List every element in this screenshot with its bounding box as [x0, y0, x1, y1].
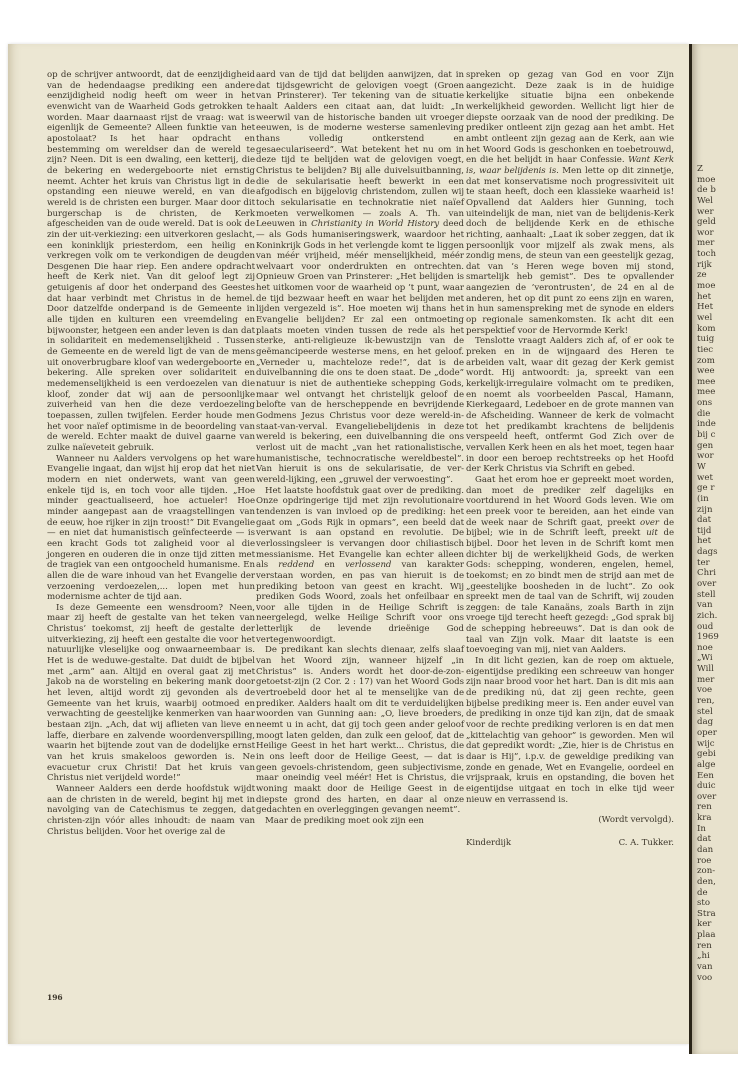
signature-line: KinderdijkC. A. Tukker. — [466, 838, 674, 849]
text-fragment: de — [697, 888, 738, 899]
text-fragment: sto — [697, 898, 738, 909]
paragraph: Is deze Gemeente een wensdroom? Neen, ma… — [47, 603, 255, 784]
text-fragment: zich. — [697, 611, 738, 622]
text-fragment: wijc — [697, 739, 738, 750]
text-fragment: voo — [697, 973, 738, 984]
text-fragment: over — [697, 579, 738, 590]
text-fragment: ze — [697, 270, 738, 281]
text-fragment: voe — [697, 685, 738, 696]
text-fragment: zon- — [697, 866, 738, 877]
text-fragment: het — [697, 536, 738, 547]
text-fragment: mee — [697, 387, 738, 398]
text-fragment: oper — [697, 728, 738, 739]
paragraph: Gaat het erom hoe er gepreekt moet worde… — [466, 475, 674, 656]
paragraph: Wanneer Aalders een derde hoofdstuk wijd… — [47, 784, 255, 837]
article-column-2: aard van de tijd dat belijden aanwijzen,… — [256, 70, 464, 827]
article-column-1: op de schrijver antwoordt, dat de eenzij… — [47, 70, 255, 837]
text-fragment: dat — [697, 515, 738, 526]
text-fragment: (in — [697, 494, 738, 505]
text-fragment: dags — [697, 547, 738, 558]
paragraph: Wanneer nu Aalders vervolgens op het war… — [47, 454, 255, 603]
text-fragment: oud — [697, 622, 738, 633]
to-be-continued-note: (Wordt vervolgd). — [466, 815, 674, 826]
text-fragment: zom — [697, 356, 738, 367]
place-name: Kinderdijk — [466, 838, 511, 849]
paragraph: Tenslotte vraagt Aalders zich af, of er … — [466, 336, 674, 475]
text-fragment: roe — [697, 856, 738, 867]
text-fragment: wer — [697, 207, 738, 218]
paragraph: De predikant kan slechts dienaar, zelfs … — [256, 645, 464, 816]
text-fragment: bij c — [697, 430, 738, 441]
page-number: 196 — [47, 993, 63, 1002]
text-fragment: dan — [697, 845, 738, 856]
paragraph: Maar de prediking moet ook zijn een — [256, 816, 464, 827]
text-fragment: gen — [697, 441, 738, 452]
text-fragment: gebi — [697, 749, 738, 760]
text-fragment: wet — [697, 473, 738, 484]
text-fragment: ter — [697, 558, 738, 569]
text-fragment: wor — [697, 228, 738, 239]
text-fragment: noe — [697, 643, 738, 654]
text-fragment: stel — [697, 707, 738, 718]
text-fragment: dat — [697, 834, 738, 845]
text-fragment: ker — [697, 919, 738, 930]
text-fragment: tijd — [697, 526, 738, 537]
text-fragment: toch — [697, 249, 738, 260]
text-fragment: den, — [697, 877, 738, 888]
text-fragment: zijn — [697, 505, 738, 516]
text-fragment: inde — [697, 419, 738, 430]
paragraph: op de schrijver antwoordt, dat de eenzij… — [47, 70, 255, 454]
text-fragment: duic — [697, 781, 738, 792]
text-fragment: tuig — [697, 334, 738, 345]
text-fragment: ge r — [697, 483, 738, 494]
text-fragment: rijk — [697, 260, 738, 271]
text-fragment: W — [697, 462, 738, 473]
text-fragment: ren — [697, 802, 738, 813]
paragraph: aard van de tijd dat belijden aanwijzen,… — [256, 70, 464, 486]
text-fragment: Wel — [697, 196, 738, 207]
text-fragment: van — [697, 962, 738, 973]
text-fragment: kra — [697, 813, 738, 824]
article-column-3: spreken op gezag van God en voor Zijn aa… — [466, 70, 674, 849]
paragraph: spreken op gezag van God en voor Zijn aa… — [466, 70, 674, 336]
paragraph: In dit licht gezien, kan de roep om aktu… — [466, 656, 674, 805]
text-fragment: ren — [697, 941, 738, 952]
text-fragment: Chri — [697, 568, 738, 579]
text-fragment: stell — [697, 590, 738, 601]
text-fragment: 1969 — [697, 632, 738, 643]
text-fragment: wor — [697, 451, 738, 462]
text-fragment: „Wi — [697, 653, 738, 664]
text-fragment: Z — [697, 164, 738, 175]
text-fragment: over — [697, 792, 738, 803]
text-fragment: Will — [697, 664, 738, 675]
text-fragment: moe — [697, 281, 738, 292]
text-fragment: kom — [697, 324, 738, 335]
text-fragment: Het — [697, 302, 738, 313]
text-fragment: Een — [697, 771, 738, 782]
paragraph: Het laatste hoofdstuk gaat over de predi… — [256, 486, 464, 646]
text-fragment: de b — [697, 185, 738, 196]
text-fragment: die — [697, 409, 738, 420]
author-name: C. A. Tukker. — [619, 838, 674, 849]
facing-page-text-fragments: Zmoede bWelwergeldwormertochrijkzemoehet… — [697, 164, 738, 983]
text-fragment: plaa — [697, 930, 738, 941]
text-fragment: mer — [697, 238, 738, 249]
text-fragment: wee — [697, 366, 738, 377]
text-fragment: het — [697, 292, 738, 303]
text-fragment: moe — [697, 175, 738, 186]
text-fragment: van — [697, 600, 738, 611]
text-fragment: „hi — [697, 951, 738, 962]
text-fragment: In — [697, 824, 738, 835]
text-fragment: alge — [697, 760, 738, 771]
text-fragment: Stra — [697, 909, 738, 920]
text-fragment: wel — [697, 313, 738, 324]
text-fragment: ren, — [697, 696, 738, 707]
text-fragment: dag — [697, 717, 738, 728]
text-fragment: mer — [697, 675, 738, 686]
text-fragment: tiec — [697, 345, 738, 356]
text-fragment: mee — [697, 377, 738, 388]
text-fragment: geld — [697, 217, 738, 228]
text-fragment: ons — [697, 398, 738, 409]
